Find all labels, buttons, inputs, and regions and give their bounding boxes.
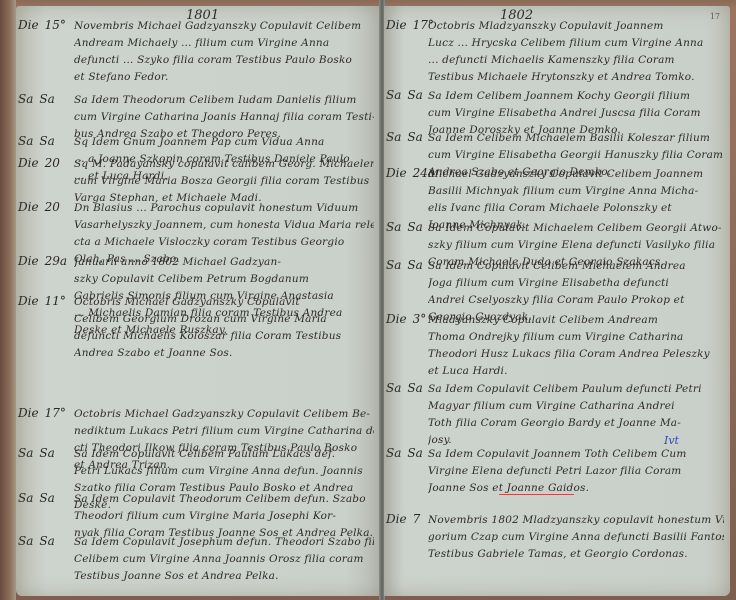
date-label: Sa xyxy=(386,258,401,272)
date-label: Die xyxy=(18,156,39,170)
entry-text: Novembris Michael Gadzyanszky Copulavit … xyxy=(74,18,374,86)
handwritten-line: cum Virgine Maria Bosza Georgii filia co… xyxy=(74,173,374,190)
date-label: Die xyxy=(386,512,407,526)
handwritten-line: Celibem cum Virgine Anna Joannis Orosz f… xyxy=(74,551,374,568)
handwritten-line: Sa Idem Copulavit Theodorum Celibem defu… xyxy=(74,491,374,508)
right-page-entries: Die17°Octobris Mladzyanszky Copulavit Jo… xyxy=(384,6,730,596)
date-label: Sa xyxy=(386,381,401,395)
handwritten-line: Mladyanszky Copulavit Celibem Andream xyxy=(428,312,724,329)
entry-text: Novembris 1802 Mladzyanszky copulavit ho… xyxy=(428,512,724,563)
handwritten-line: defuncti Michaelis Koloszar filia Coram … xyxy=(74,328,374,345)
blue-ink-annotation: Ivt xyxy=(664,434,679,447)
handwritten-line: Theodori filium cum Virgine Maria Joseph… xyxy=(74,508,374,525)
handwritten-line: Toth filia Coram Georgio Bardy et Joanne… xyxy=(428,415,724,432)
date-day: Sa xyxy=(407,220,422,234)
handwritten-line: Sa Idem Copulavit Celibem Paulum defunct… xyxy=(428,381,724,398)
handwritten-line: Octobris Mladzyanszky Copulavit Joannem xyxy=(428,18,724,35)
date-day: Sa xyxy=(407,258,422,272)
handwritten-line: Testibus Gabriele Tamas, et Georgio Cord… xyxy=(428,546,724,563)
date-label: Die xyxy=(386,312,407,326)
handwritten-line: Sq M. Padayansky copulavit calibem Georg… xyxy=(74,156,374,173)
handwritten-line: Thoma Ondrejky filium cum Virgine Cathar… xyxy=(428,329,724,346)
entry-text: Octobris Michael Gadzyanszky CopulavitCe… xyxy=(74,294,374,362)
date-label: Die xyxy=(18,200,39,214)
date-day: Sa xyxy=(407,446,422,460)
handwritten-line: cum Virgine Elisabetha Andrei Juscsa fil… xyxy=(428,105,724,122)
handwritten-line: Virgine Elena defuncti Petri Lazor filia… xyxy=(428,463,724,480)
date-day: Sa xyxy=(39,491,54,505)
handwritten-line: defuncti ... Szyko filia coram Testibus … xyxy=(74,52,374,69)
date-day: Sa xyxy=(407,381,422,395)
date-label: Die xyxy=(386,166,407,180)
date-day: Sa xyxy=(407,88,422,102)
right-page: 1802 17 Die17°Octobris Mladzyanszky Copu… xyxy=(384,6,730,596)
handwritten-line: gorium Czap cum Virgine Anna defuncti Ba… xyxy=(428,529,724,546)
date-day: 29a xyxy=(45,254,67,268)
handwritten-line: ... defuncti Michaelis Kamenszky filia C… xyxy=(428,52,724,69)
date-day: 7 xyxy=(413,512,421,526)
handwritten-line: szky filium cum Virgine Elena defuncti V… xyxy=(428,237,724,254)
date-day: 17° xyxy=(45,406,66,420)
handwritten-line: Magyar filium cum Virgine Catharina Andr… xyxy=(428,398,724,415)
date-day: Sa xyxy=(39,134,54,148)
date-day: 20 xyxy=(45,156,60,170)
handwritten-line: Testibus Joanne Sos et Andrea Pelka. xyxy=(74,568,374,585)
date-day: Sa xyxy=(39,534,54,548)
handwritten-line: Theodori Husz Lukacs filia Coram Andrea … xyxy=(428,346,724,363)
handwritten-line: Andream Michaely ... filium cum Virgine … xyxy=(74,35,374,52)
handwritten-line: nediktum Lukacs Petri filium cum Virgine… xyxy=(74,423,374,440)
date-day: 15° xyxy=(45,18,66,32)
handwritten-line: Petri Lukacs filium cum Virgine Anna def… xyxy=(74,463,374,480)
handwritten-line: et Luca Hardi. xyxy=(428,363,724,380)
handwritten-line: Octobris Michael Gadzyanszky Copulavit xyxy=(74,294,374,311)
handwritten-line: Testibus Michaele Hrytonszky et Andrea T… xyxy=(428,69,724,86)
date-day: Sa xyxy=(39,92,54,106)
date-label: Sa xyxy=(386,220,401,234)
date-day: 3° xyxy=(413,312,427,326)
handwritten-line: szky Copulavit Celibem Petrum Bogdanum xyxy=(74,271,374,288)
date-label: Sa xyxy=(18,92,33,106)
date-label: Sa xyxy=(18,491,33,505)
handwritten-line: Celibem Georgium Drozan cum Virgine Mari… xyxy=(74,311,374,328)
date-label: Sa xyxy=(18,134,33,148)
open-register-book: 1801 Die15°Novembris Michael Gadzyanszky… xyxy=(0,0,736,600)
date-day: Sa xyxy=(39,446,54,460)
handwritten-line: Novembris 1802 Mladzyanszky copulavit ho… xyxy=(428,512,724,529)
date-day: 20 xyxy=(45,200,60,214)
handwritten-line: Octobris Michael Gadzyanszky Copulavit C… xyxy=(74,406,374,423)
handwritten-line: Sq Idem Gnum Joannem Pap cum Vidua Anna xyxy=(74,134,374,151)
date-label: Die xyxy=(18,18,39,32)
red-underline-annotation xyxy=(499,494,574,495)
date-label: Die xyxy=(18,254,39,268)
handwritten-line: Sa Idem Copulavit Michaelem Celibem Geor… xyxy=(428,220,724,237)
entry-text: Sa Idem Copulavit Celibem Paulum defunct… xyxy=(428,381,724,449)
entry-text: Octobris Mladzyanszky Copulavit JoannemL… xyxy=(428,18,724,86)
handwritten-line: Andrea Szabo et Joanne Sos. xyxy=(74,345,374,362)
handwritten-line: Joanne Sos et Joanne Gaidos. xyxy=(428,480,724,497)
handwritten-line: Januarii anno 1802 Michael Gadzyan- xyxy=(74,254,374,271)
handwritten-line: Michael Gadzyanszky Copulavit Celibem Jo… xyxy=(428,166,724,183)
handwritten-line: Sa Idem Copulavit Celibem Paulum Lukacs … xyxy=(74,446,374,463)
handwritten-line: elis Ivanc filia Coram Michaele Polonszk… xyxy=(428,200,724,217)
left-page: 1801 Die15°Novembris Michael Gadzyanszky… xyxy=(16,6,380,596)
handwritten-line: Vasarhelyszky Joannem, cum honesta Vidua… xyxy=(74,217,374,234)
handwritten-line: Dn Blasius ... Parochus copulavit honest… xyxy=(74,200,374,217)
handwritten-line: cta a Michaele Visloczky coram Testibus … xyxy=(74,234,374,251)
date-label: Sa xyxy=(386,446,401,460)
handwritten-line: Sa Idem Copulavit Josephum defun. Theodo… xyxy=(74,534,374,551)
left-page-entries: Die15°Novembris Michael Gadzyanszky Copu… xyxy=(16,6,380,596)
book-edge xyxy=(0,0,16,600)
handwritten-line: Novembris Michael Gadzyanszky Copulavit … xyxy=(74,18,374,35)
handwritten-line: Sa Idem Copulavit Joannem Toth Celibem C… xyxy=(428,446,724,463)
entry-text: Sa Idem Copulavit Josephum defun. Theodo… xyxy=(74,534,374,585)
date-label: Sa xyxy=(18,446,33,460)
date-label: Sa xyxy=(386,130,401,144)
date-label: Die xyxy=(18,294,39,308)
handwritten-line: Lucz ... Hrycska Celibem filium cum Virg… xyxy=(428,35,724,52)
handwritten-line: Sa Idem Celibem Joannem Kochy Georgii fi… xyxy=(428,88,724,105)
handwritten-line: et Stefano Fedor. xyxy=(74,69,374,86)
date-label: Die xyxy=(386,18,407,32)
handwritten-line: Basilii Michnyak filium cum Virgine Anna… xyxy=(428,183,724,200)
entry-text: Mladyanszky Copulavit Celibem AndreamTho… xyxy=(428,312,724,380)
handwritten-line: Sa Idem Theodorum Celibem Iudam Danielis… xyxy=(74,92,374,109)
handwritten-line: Sa Idem Celibem Michaelem Basilii Kolesz… xyxy=(428,130,724,147)
handwritten-line: cum Virgine Catharina Joanis Hannaj fili… xyxy=(74,109,374,126)
handwritten-line: cum Virgine Elisabetha Georgii Hanuszky … xyxy=(428,147,724,164)
handwritten-line: Sa Idem Copulavit Celibem Michaelem Andr… xyxy=(428,258,724,275)
date-day: Sa xyxy=(407,130,422,144)
date-day: 11° xyxy=(45,294,66,308)
date-label: Sa xyxy=(18,534,33,548)
date-label: Sa xyxy=(386,88,401,102)
handwritten-line: Andrei Cselyoszky filia Coram Paulo Prok… xyxy=(428,292,724,309)
date-label: Die xyxy=(18,406,39,420)
handwritten-line: Joga filium cum Virgine Elisabetha defun… xyxy=(428,275,724,292)
entry-text: Sa Idem Copulavit Joannem Toth Celibem C… xyxy=(428,446,724,497)
